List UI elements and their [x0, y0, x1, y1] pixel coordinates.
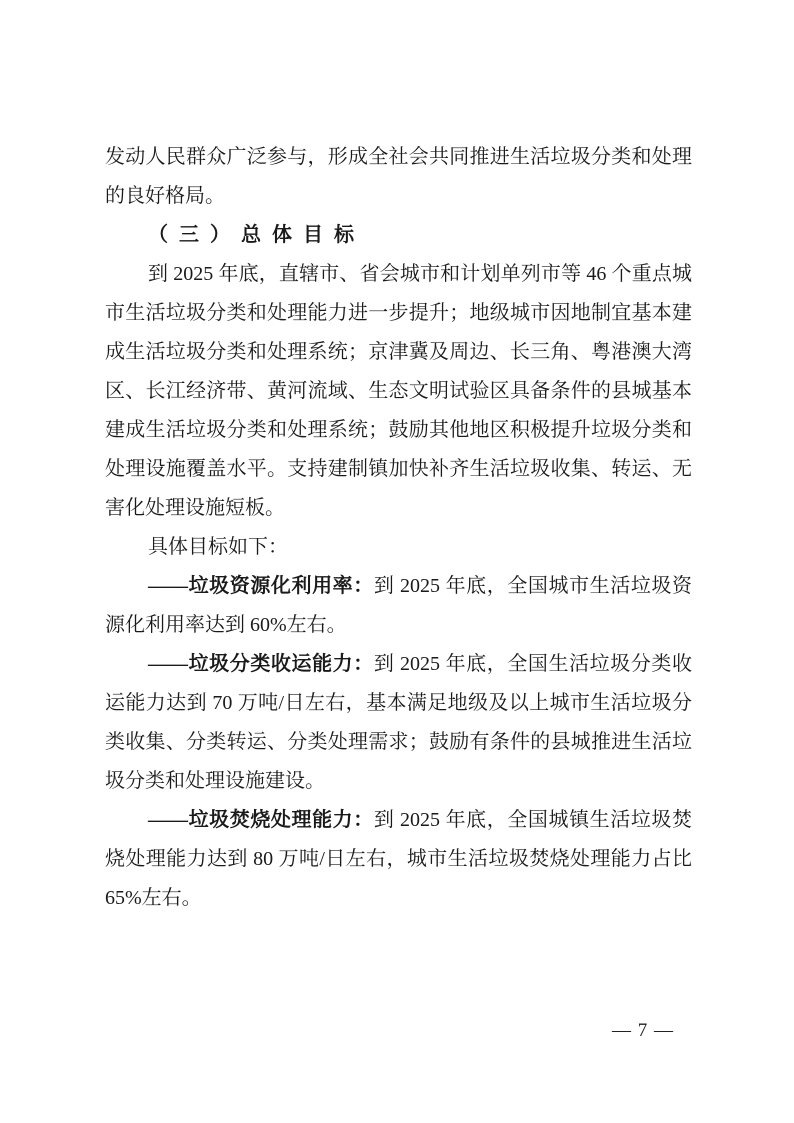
document-content: 发动人民群众广泛参与，形成全社会共同推进生活垃圾分类和处理的良好格局。 （三）总…: [105, 138, 692, 918]
paragraph-overall-goal: 到 2025 年底，直辖市、省会城市和计划单列市等 46 个重点城市生活垃圾分类…: [105, 255, 692, 528]
goal-paragraph-collection-capacity: ——垃圾分类收运能力：到 2025 年底，全国生活垃圾分类收运能力达到 70 万…: [105, 645, 692, 801]
paragraph-continuation: 发动人民群众广泛参与，形成全社会共同推进生活垃圾分类和处理的良好格局。: [105, 138, 692, 216]
section-heading: （三）总体目标: [105, 216, 692, 255]
goal-paragraph-recycling-rate: ——垃圾资源化利用率：到 2025 年底，全国城市生活垃圾资源化利用率达到 60…: [105, 567, 692, 645]
page-number: — 7 —: [553, 1020, 733, 1042]
paragraph-goals-intro: 具体目标如下：: [105, 528, 692, 567]
goal-paragraph-incineration-capacity: ——垃圾焚烧处理能力：到 2025 年底，全国城镇生活垃圾焚烧处理能力达到 80…: [105, 801, 692, 918]
goal-lead-collection-capacity: ——垃圾分类收运能力：: [148, 653, 374, 675]
goal-lead-incineration-capacity: ——垃圾焚烧处理能力：: [148, 809, 374, 831]
goal-lead-recycling-rate: ——垃圾资源化利用率：: [148, 575, 374, 597]
